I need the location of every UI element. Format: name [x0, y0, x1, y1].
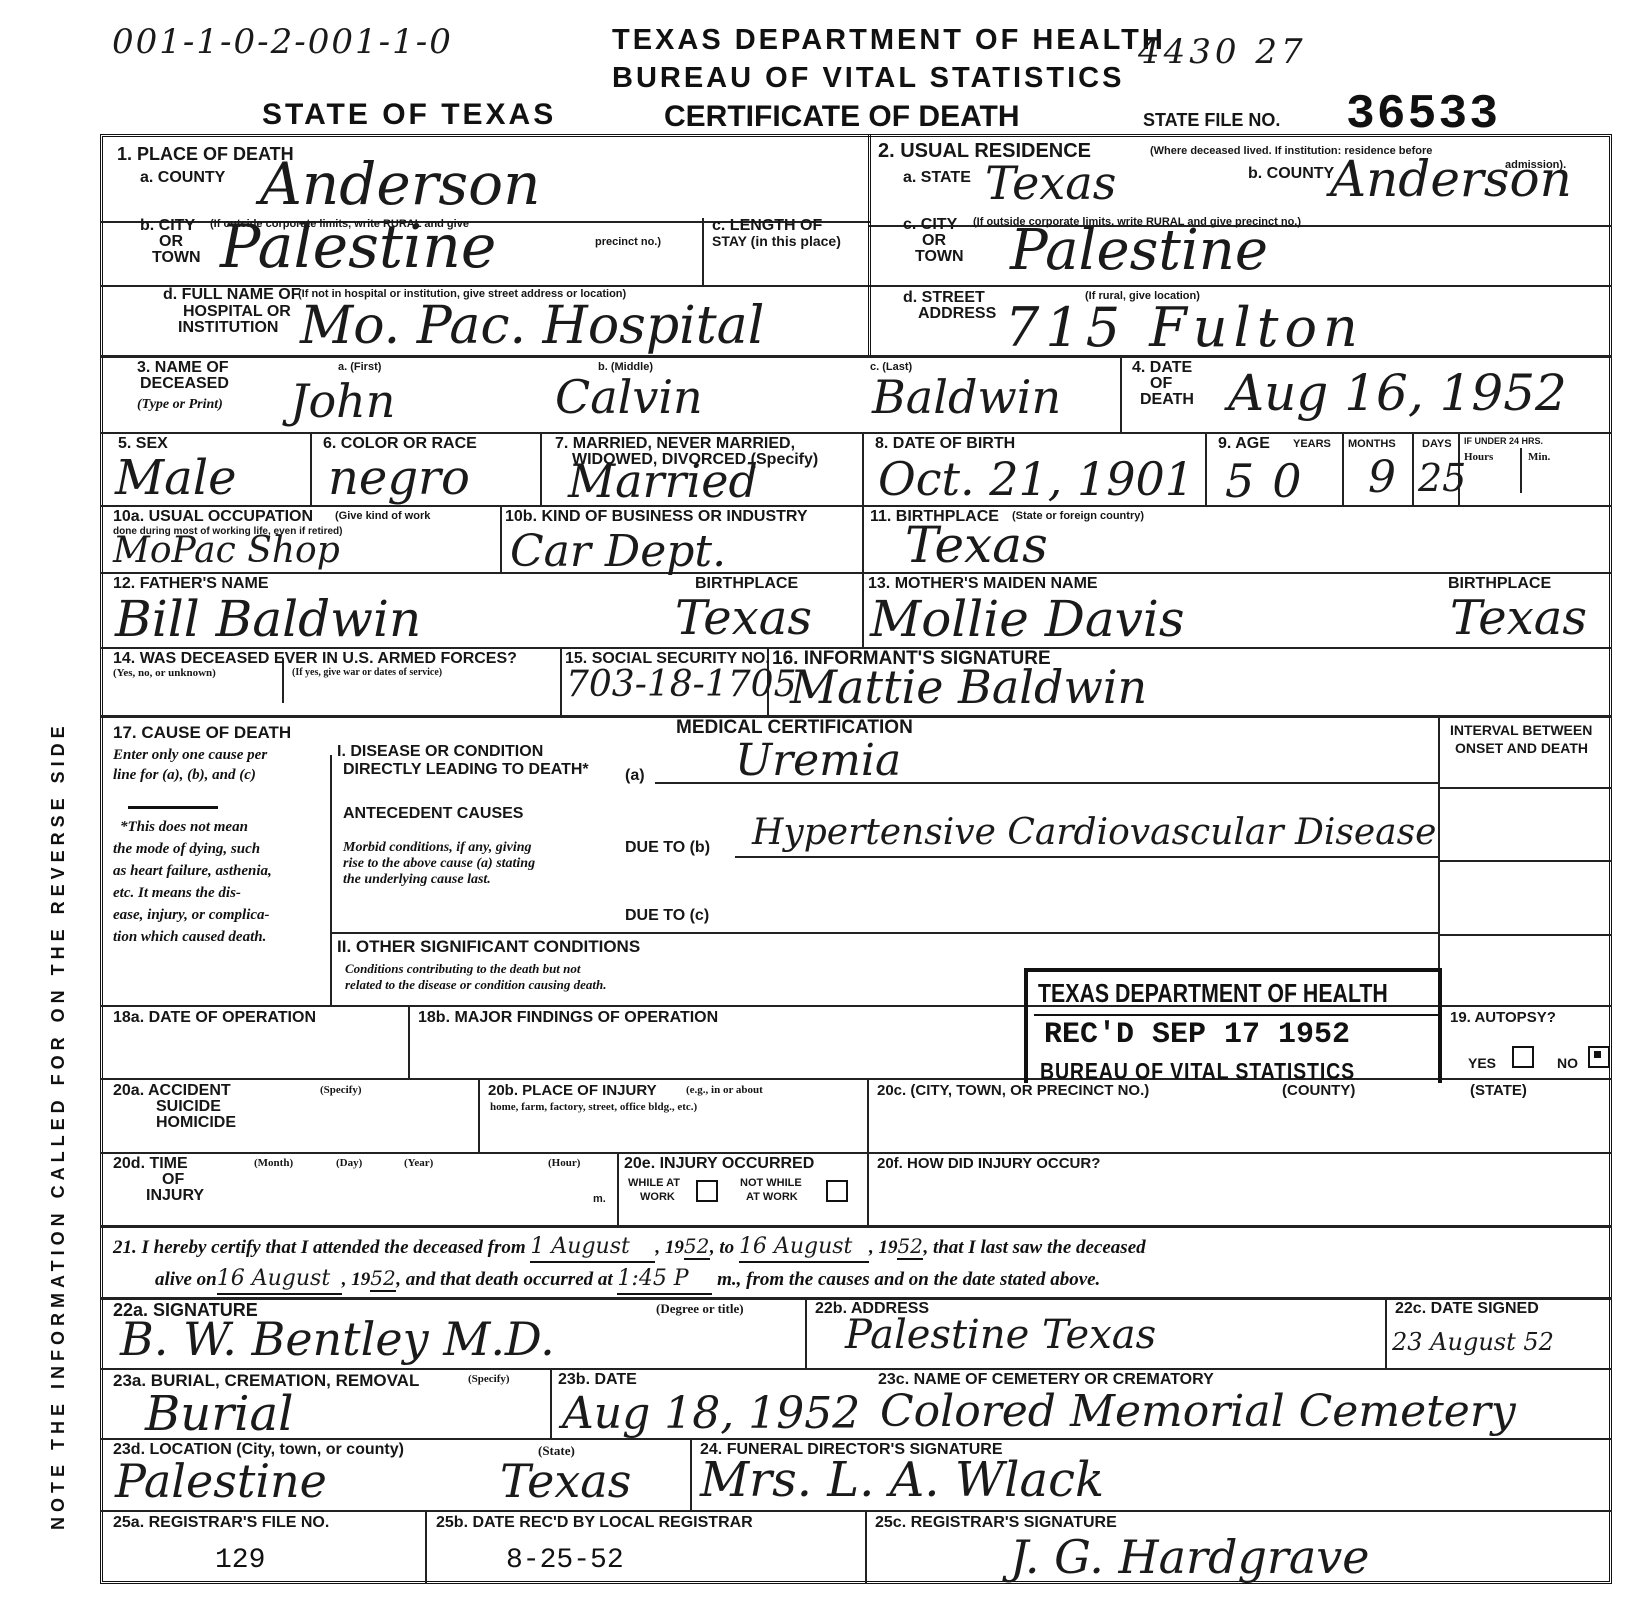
residence-state-label: a. STATE — [903, 170, 971, 187]
age-label: 9. AGE — [1218, 436, 1270, 453]
date-signed-value[interactable]: 23 August 52 — [1392, 1328, 1554, 1356]
age-years-label: YEARS — [1293, 439, 1331, 451]
injury-place-note-1: (e.g., in or about — [686, 1085, 763, 1097]
disease-label: I. DISEASE OR CONDITION — [337, 744, 543, 761]
cause-footnote-5: ease, injury, or complica- — [113, 906, 270, 924]
funeral-director-value[interactable]: Mrs. L. A. Wlack — [700, 1452, 1104, 1508]
mother-birthplace-value[interactable]: Texas — [1450, 590, 1587, 646]
certification-statement-line-2: alive on16 August, 1952, and that death … — [155, 1266, 1100, 1295]
certification-text-4: m., from the causes and on the date stat… — [717, 1269, 1100, 1290]
sex-value[interactable]: Male — [115, 450, 237, 506]
cause-footnote-2: the mode of dying, such — [113, 840, 260, 858]
residence-city-label-town: TOWN — [915, 249, 964, 266]
physician-signature-value[interactable]: B. W. Bentley M.D. — [120, 1312, 555, 1366]
injury-m-label: m. — [593, 1194, 606, 1206]
received-stamp: TEXAS DEPARTMENT OF HEALTH REC'D SEP 17 … — [1024, 968, 1442, 1083]
batch-number-handwritten: 4430 27 — [1138, 32, 1307, 72]
other-conditions-note-1: Conditions contributing to the death but… — [345, 962, 581, 977]
residence-county-value[interactable]: Anderson — [1330, 150, 1572, 208]
hospital-label: d. FULL NAME OF — [163, 287, 300, 304]
state-heading: STATE OF TEXAS — [262, 98, 556, 132]
certification-statement-line-1: 21. I hereby certify that I attended the… — [113, 1234, 1146, 1263]
interval-label-2: ONSET AND DEATH — [1455, 741, 1588, 756]
burial-location-value[interactable]: Palestine — [115, 1454, 327, 1508]
informant-value[interactable]: Mattie Baldwin — [790, 660, 1147, 714]
cause-b-value[interactable]: Hypertensive Cardiovascular Disease — [752, 812, 1436, 853]
stamp-line-3: BUREAU OF VITAL STATISTICS — [1040, 1058, 1355, 1085]
year-prefix-2: , 19 — [869, 1237, 898, 1258]
burial-date-label: 23b. DATE — [558, 1372, 637, 1389]
cause-footnote-1: *This does not mean — [120, 818, 248, 836]
physician-address-value[interactable]: Palestine Texas — [845, 1312, 1156, 1358]
residence-city-value[interactable]: Palestine — [1010, 218, 1268, 283]
while-at-work-label-2: WORK — [640, 1192, 675, 1204]
checkmark-icon — [1594, 1051, 1601, 1058]
minutes-label: Min. — [1528, 452, 1550, 464]
injury-place-note-2: home, farm, factory, street, office bldg… — [490, 1102, 697, 1114]
middle-name-value[interactable]: Calvin — [555, 370, 703, 424]
attended-to-year[interactable]: 52 — [897, 1234, 923, 1260]
death-county-value[interactable]: Anderson — [260, 150, 540, 218]
cause-of-death-label: 17. CAUSE OF DEATH — [113, 724, 291, 742]
alive-on-text: alive on — [155, 1269, 217, 1290]
cause-note-2: line for (a), (b), and (c) — [113, 766, 256, 784]
death-city-value[interactable]: Palestine — [220, 212, 496, 282]
race-value[interactable]: negro — [328, 450, 470, 506]
injury-day-label: (Day) — [336, 1158, 362, 1170]
certification-text-3: , and that death occurred at — [396, 1269, 612, 1290]
father-birthplace-value[interactable]: Texas — [675, 590, 812, 646]
residence-state-value[interactable]: Texas — [985, 156, 1116, 210]
date-of-death-label-3: DEATH — [1140, 392, 1194, 409]
occupation-note: (Give kind of work — [335, 511, 430, 523]
deceased-name-label-2: DECEASED — [140, 376, 229, 393]
age-years-value[interactable]: 50 — [1225, 454, 1320, 508]
mother-name-value[interactable]: Mollie Davis — [870, 590, 1185, 648]
interval-label: INTERVAL BETWEEN — [1450, 723, 1592, 738]
other-conditions-label: II. OTHER SIGNIFICANT CONDITIONS — [337, 938, 640, 956]
date-of-death-value[interactable]: Aug 16, 1952 — [1228, 364, 1567, 422]
disposition-value[interactable]: Burial — [145, 1386, 293, 1442]
registrar-signature-value[interactable]: J. G. Hardgrave — [1010, 1530, 1370, 1584]
hospital-label-3: INSTITUTION — [178, 320, 278, 337]
under-24-hrs-label: IF UNDER 24 HRS. — [1464, 437, 1543, 446]
year-prefix-3: , 19 — [342, 1269, 371, 1290]
occupation-value[interactable]: MoPac Shop — [113, 530, 340, 571]
registrar-file-value[interactable]: 129 — [215, 1545, 265, 1576]
injury-county-label: (COUNTY) — [1282, 1083, 1355, 1099]
dob-label: 8. DATE OF BIRTH — [875, 436, 1015, 453]
autopsy-yes-label: YES — [1468, 1056, 1496, 1071]
last-name-value[interactable]: Baldwin — [872, 370, 1061, 424]
occupation-label: 10a. USUAL OCCUPATION — [113, 509, 313, 526]
antecedent-causes-label: ANTECEDENT CAUSES — [343, 806, 523, 823]
injury-type-specify: (Specify) — [320, 1085, 362, 1097]
disposition-specify: (Specify) — [468, 1374, 510, 1386]
certification-text-1: 21. I hereby certify that I attended the… — [113, 1237, 526, 1258]
ssn-value[interactable]: 703-18-1705 — [566, 664, 796, 705]
dob-value[interactable]: Oct. 21, 1901 — [878, 452, 1194, 506]
death-county-label: a. COUNTY — [140, 170, 225, 187]
armed-forces-label: 14. WAS DECEASED EVER IN U.S. ARMED FORC… — [113, 651, 517, 668]
street-label-2: ADDRESS — [918, 306, 996, 323]
stamp-line-1: TEXAS DEPARTMENT OF HEALTH — [1038, 978, 1388, 1009]
year-prefix-1: , 19 — [655, 1237, 684, 1258]
operation-findings-label: 18b. MAJOR FINDINGS OF OPERATION — [418, 1010, 718, 1027]
burial-state-value[interactable]: Texas — [500, 1454, 631, 1508]
antecedent-note-1: Morbid conditions, if any, giving — [343, 840, 532, 856]
cause-footnote-4: etc. It means the dis- — [113, 884, 241, 902]
burial-date-value[interactable]: Aug 18, 1952 — [562, 1388, 860, 1439]
age-days-label: DAYS — [1422, 439, 1452, 451]
antecedent-note-3: the underlying cause last. — [343, 872, 491, 888]
certification-text-2: , that I last saw the deceased — [923, 1237, 1145, 1258]
cause-footnote-3: as heart failure, asthenia, — [113, 862, 272, 880]
hours-label: Hours — [1464, 452, 1493, 464]
registrar-file-label: 25a. REGISTRAR'S FILE NO. — [113, 1515, 329, 1532]
business-label: 10b. KIND OF BUSINESS OR INDUSTRY — [505, 509, 808, 526]
antecedent-note-2: rise to the above cause (a) stating — [343, 856, 535, 872]
marital-value[interactable]: Married — [568, 454, 758, 508]
armed-forces-note-2: (If yes, give war or dates of service) — [292, 668, 442, 679]
injury-hour-label: (Hour) — [548, 1158, 580, 1170]
injury-state-label: (STATE) — [1470, 1083, 1527, 1099]
state-file-label: STATE FILE NO. — [1143, 111, 1280, 130]
armed-forces-note-1: (Yes, no, or unknown) — [113, 668, 216, 680]
cause-a-value[interactable]: Uremia — [735, 735, 901, 786]
injury-month-label: (Month) — [254, 1158, 293, 1170]
file-code-handwritten: 001-1-0-2-001-1-0 — [112, 22, 453, 62]
cause-a-label: (a) — [625, 768, 645, 785]
father-name-value[interactable]: Bill Baldwin — [115, 590, 421, 648]
injury-time-label-3: INJURY — [146, 1188, 204, 1205]
first-name-value[interactable]: John — [290, 374, 395, 428]
birthplace-value[interactable]: Texas — [905, 516, 1048, 574]
degree-title-label: (Degree or title) — [656, 1302, 744, 1316]
how-injury-label: 20f. HOW DID INJURY OCCUR? — [877, 1156, 1100, 1172]
reverse-side-note: NOTE THE INFORMATION CALLED FOR ON THE R… — [48, 721, 69, 1530]
date-received-label: 25b. DATE REC'D BY LOCAL REGISTRAR — [436, 1515, 753, 1532]
autopsy-no-label: NO — [1557, 1056, 1578, 1071]
disease-label-2: DIRECTLY LEADING TO DEATH* — [343, 762, 589, 779]
death-city-note-2: precinct no.) — [595, 237, 661, 249]
not-while-at-work-checkbox[interactable] — [826, 1180, 848, 1202]
time-of-death-value[interactable]: 1:45 P — [617, 1266, 712, 1295]
cemetery-value[interactable]: Colored Memorial Cemetery — [880, 1386, 1516, 1437]
attended-from-value[interactable]: 1 August — [530, 1234, 655, 1263]
deceased-name-label-3: (Type or Print) — [137, 396, 223, 413]
autopsy-label: 19. AUTOPSY? — [1450, 1010, 1556, 1026]
other-conditions-note-2: related to the disease or condition caus… — [345, 978, 606, 993]
not-while-at-work-label-2: AT WORK — [746, 1192, 798, 1204]
attended-to-value[interactable]: 16 August — [739, 1234, 869, 1263]
injury-city-label: 20c. (CITY, TOWN, OR PRECINCT NO.) — [877, 1083, 1149, 1099]
autopsy-yes-checkbox[interactable] — [1512, 1046, 1534, 1068]
residence-county-label: b. COUNTY — [1248, 166, 1334, 183]
cause-c-label: DUE TO (c) — [625, 908, 709, 925]
to-word: , to — [710, 1237, 734, 1258]
while-at-work-label: WHILE AT — [628, 1178, 680, 1190]
document-title: CERTIFICATE OF DEATH — [664, 100, 1020, 134]
last-seen-year[interactable]: 52 — [370, 1266, 396, 1292]
operation-date-label: 18a. DATE OF OPERATION — [113, 1010, 316, 1027]
first-name-label: a. (First) — [338, 362, 381, 374]
not-while-at-work-label: NOT WHILE — [740, 1178, 802, 1190]
while-at-work-checkbox[interactable] — [696, 1180, 718, 1202]
attended-from-year[interactable]: 52 — [684, 1234, 710, 1260]
business-value[interactable]: Car Dept. — [510, 526, 726, 577]
hospital-value[interactable]: Mo. Pac. Hospital — [300, 296, 764, 356]
age-months-label: MONTHS — [1348, 439, 1396, 451]
last-seen-value[interactable]: 16 August — [217, 1266, 342, 1295]
injury-year-label: (Year) — [404, 1158, 433, 1170]
age-months-value[interactable]: 9 — [1368, 452, 1396, 503]
cause-footnote-6: tion which caused death. — [113, 928, 266, 946]
injury-occurred-label: 20e. INJURY OCCURRED — [624, 1156, 814, 1173]
age-days-value[interactable]: 25 — [1418, 456, 1466, 500]
cause-note-1: Enter only one cause per — [113, 746, 267, 764]
date-received-value[interactable]: 8-25-52 — [506, 1545, 624, 1576]
injury-place-label: 20b. PLACE OF INJURY — [488, 1083, 657, 1099]
death-city-label-town: TOWN — [152, 250, 201, 267]
date-signed-label: 22c. DATE SIGNED — [1395, 1301, 1539, 1318]
street-value[interactable]: 715 Fulton — [1005, 296, 1364, 359]
autopsy-no-checkbox[interactable] — [1588, 1046, 1610, 1068]
length-of-stay-label-2: STAY (in this place) — [712, 234, 841, 249]
bureau-heading: BUREAU OF VITAL STATISTICS — [612, 62, 1124, 95]
dept-heading: TEXAS DEPARTMENT OF HEALTH — [612, 24, 1166, 57]
stamp-line-2: REC'D SEP 17 1952 — [1044, 1018, 1350, 1052]
injury-type-label-3: HOMICIDE — [156, 1115, 236, 1132]
cause-b-label: DUE TO (b) — [625, 840, 710, 857]
